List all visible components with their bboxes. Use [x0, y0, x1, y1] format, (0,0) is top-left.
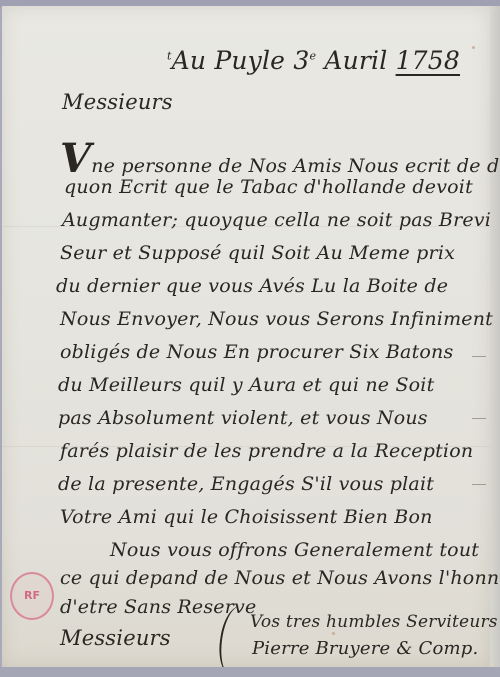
body-line: Seur et Supposé quil Soit Au Meme prix: [60, 242, 455, 264]
stamp-monogram: RF: [24, 591, 40, 601]
paper-spot: [472, 46, 475, 49]
scan-border-bottom: [0, 667, 500, 677]
body-line: de la presente, Engagés S'il vous plait: [58, 473, 434, 495]
signature: Pierre Bruyere & Comp.: [252, 638, 478, 659]
body-line: obligés de Nous En procurer Six Batons: [60, 341, 453, 363]
body-line: quon Ecrit que le Tabac d'hollande devoi…: [64, 176, 473, 198]
margin-dash: [472, 484, 486, 485]
dateline-day: 3: [293, 46, 309, 75]
letter-page: tAu Puyle 3e Auril 1758 Messieurs Vne pe…: [2, 6, 490, 668]
dateline-place: Au Puyle: [172, 46, 286, 75]
dateline-day-suffix: e: [309, 50, 316, 63]
body-line: Augmanter; quoyque cella ne soit pas Bre…: [62, 209, 491, 231]
body-line-text: ne personne de Nos Amis Nous ecrit de di…: [91, 155, 500, 177]
paper-spot: [332, 632, 335, 635]
body-line: Nous vous offrons Generalement tout: [110, 539, 479, 561]
library-stamp: RF: [10, 572, 54, 620]
body-line: Nous Envoyer, Nous vous Serons Infinimen…: [60, 308, 493, 330]
body-line: farés plaisir de les prendre a la Recept…: [60, 440, 473, 462]
signoff: Vos tres humbles Serviteurs: [250, 612, 498, 632]
body-line: pas Absolument violent, et vous Nous: [58, 407, 428, 429]
margin-dash: [472, 418, 486, 419]
margin-dash: [472, 356, 486, 357]
dateline-month: Auril: [324, 46, 387, 75]
salutation: Messieurs: [62, 90, 173, 114]
drop-cap: V: [60, 135, 91, 182]
body-line: ce qui depand de Nous et Nous Avons l'ho…: [60, 567, 500, 589]
body-line: Vne personne de Nos Amis Nous ecrit de d…: [60, 144, 500, 177]
dateline: tAu Puyle 3e Auril 1758: [167, 46, 460, 75]
closing-salutation: Messieurs: [60, 626, 171, 650]
dateline-year: 1758: [396, 46, 460, 75]
body-line: Votre Ami qui le Choisissent Bien Bon: [60, 506, 433, 528]
body-line: du Meilleurs quil y Aura et qui ne Soit: [58, 374, 434, 396]
body-line: du dernier que vous Avés Lu la Boite de: [56, 275, 448, 297]
